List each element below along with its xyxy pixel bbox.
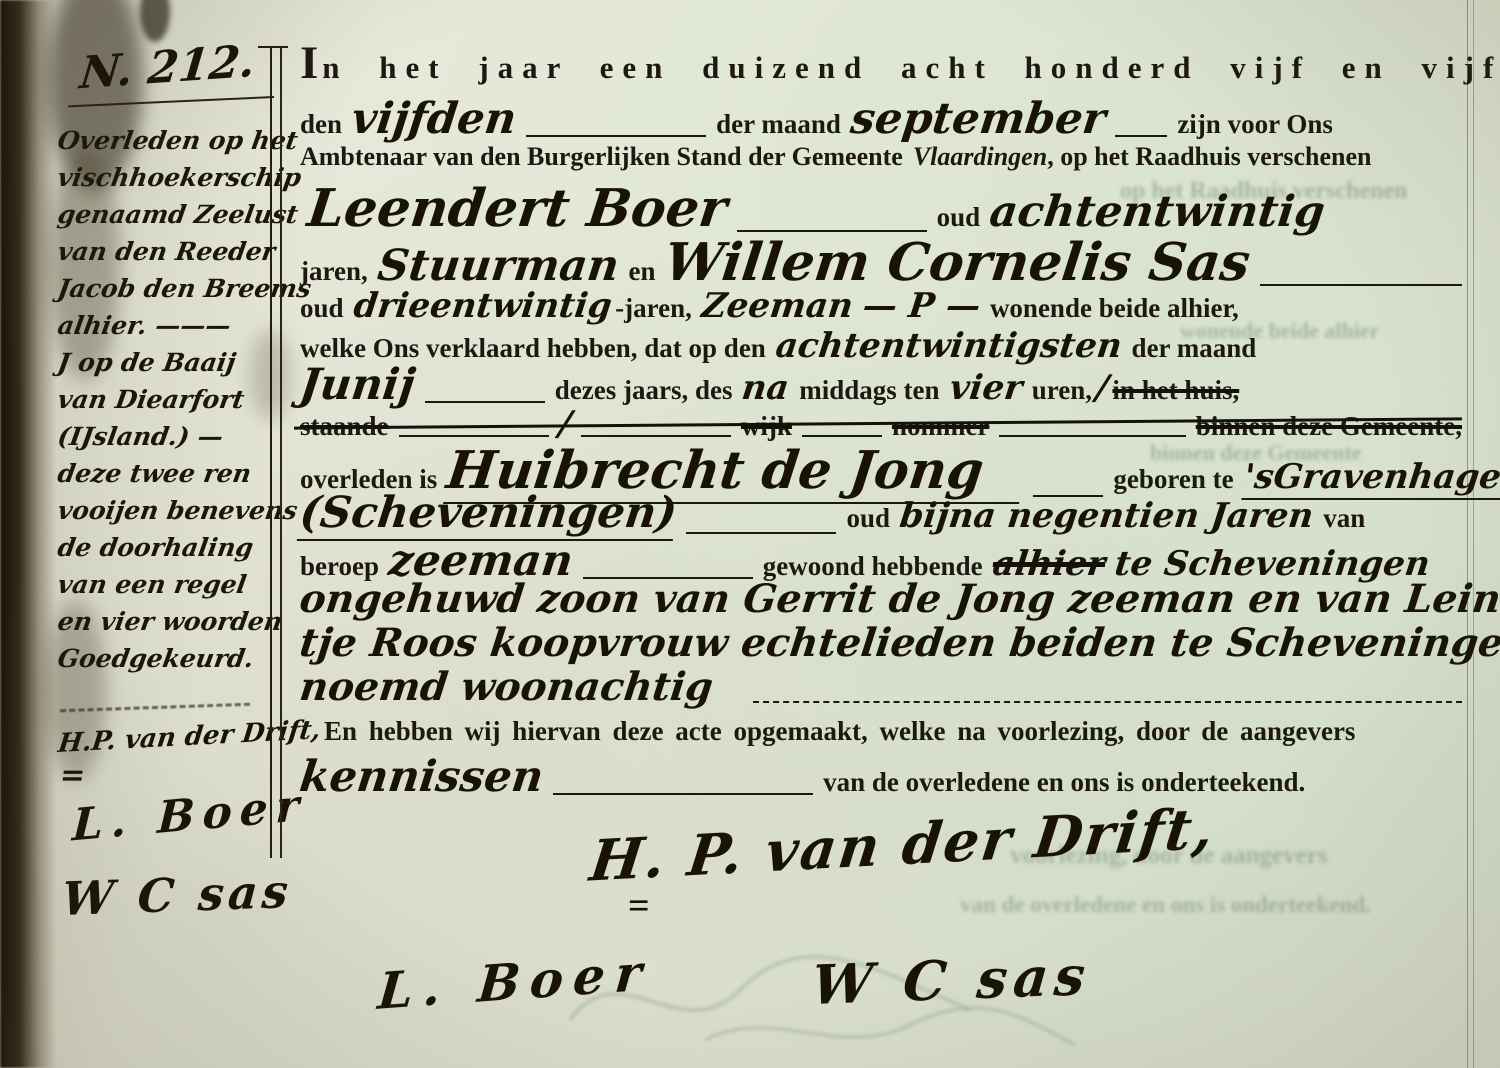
act-line-parents-3: noemd woonachtig [300, 664, 1462, 710]
handwritten-flourish: — P — [860, 286, 982, 326]
handwritten-birthplace-detail: (Scheveningen) [297, 488, 680, 541]
handwritten-death-month: Junij [297, 360, 418, 410]
blank-line-rule [526, 134, 706, 137]
margin-note-line: van Diearfort [55, 381, 277, 418]
margin-note-line: J op de Baaij [55, 344, 277, 381]
handwritten-parents-text: noemd woonachtig [297, 664, 715, 710]
handwritten-relation: kennissen [297, 752, 546, 802]
handwritten-slash-mark: / [1094, 368, 1111, 408]
margin-note-line: en vier woorden [55, 603, 277, 640]
handwritten-declarant-2-age: drieentwintig [351, 286, 614, 326]
handwritten-hour: vier [947, 368, 1024, 408]
printed-text: jaren, [300, 256, 368, 287]
handwritten-declarant-2-name: Willem Cornelis Sas [662, 232, 1254, 293]
printed-text: dezes jaars, des [555, 375, 733, 406]
printed-text: Ambtenaar van den Burgerlijken Stand der… [300, 142, 903, 172]
handwritten-declarant-1-age: achtentwintig [987, 187, 1328, 237]
act-line-parents-1: ongehuwd zoon van Gerrit de Jong zeeman … [300, 576, 1462, 622]
margin-equals-mark: = [58, 758, 87, 793]
struck-printed-text: nommer [892, 411, 989, 442]
act-line-parents-2: tje Roos koopvrouw echtelieden beiden te… [300, 620, 1462, 666]
blank-line-rule [802, 434, 882, 437]
margin-note-line: van den Reeder [55, 233, 277, 270]
margin-note-line: van een regel [55, 566, 277, 603]
printed-text: oud [937, 202, 981, 233]
printed-text: middags ten [799, 375, 939, 406]
margin-note-line: de doorhaling [55, 529, 277, 566]
act-line-death-time: Junij dezes jaars, des na middags ten vi… [300, 360, 1462, 410]
handwritten-day: vijfden [349, 94, 519, 144]
margin-annotation: Overleden op het vischhoekerschip genaam… [58, 122, 274, 677]
margin-note-line: deze twee ren [55, 455, 277, 492]
act-line-declarant-2-age: oud drieentwintig -jaren, Zeeman — P — w… [300, 286, 1462, 326]
blank-line-rule [686, 531, 836, 534]
act-line-birthplace-2: (Scheveningen) oud bijna negentien Jaren… [300, 488, 1462, 541]
margin-note-line: (IJsland.) — [55, 418, 277, 455]
printed-text: -jaren, [615, 293, 692, 324]
margin-note-line: Overleden op het [55, 122, 277, 159]
margin-column: N. 212. Overleden op het vischhoekerschi… [52, 0, 274, 1068]
page-right-edge [1467, 0, 1474, 1068]
blank-line-rule [999, 434, 1185, 437]
handwritten-parents-text: ongehuwd zoon van Gerrit de Jong zeeman … [297, 576, 1500, 622]
printed-text: In het jaar een duizend acht honderd vij… [300, 36, 1500, 90]
printed-text: wonende beide alhier, [990, 293, 1239, 324]
act-line-closing-1: En hebben wij hiervan deze acte opgemaak… [300, 716, 1462, 747]
printed-text: uren, [1032, 375, 1092, 406]
margin-note-line: genaamd Zeelust [55, 196, 277, 233]
blank-line-rule [753, 700, 1462, 703]
struck-printed-text: in het huis, [1112, 375, 1239, 406]
act-body: In het jaar een duizend acht honderd vij… [300, 0, 1462, 1068]
act-line-declarant-1: Leendert Boer oud achtentwintig [300, 178, 1462, 239]
municipality-name: Vlaardingen [913, 142, 1047, 172]
handwritten-parents-text: tje Roos koopvrouw echtelieden beiden te… [297, 620, 1500, 666]
printed-text: van de overledene en ons is onderteekend… [823, 767, 1305, 798]
margin-note-line: vischhoekerschip [55, 159, 277, 196]
margin-note-line: alhier. ——— [55, 307, 277, 344]
margin-note-line: vooijen benevens [55, 492, 277, 529]
printed-text: oud [300, 293, 344, 324]
act-line-closing-2: kennissen van de overledene en ons is on… [300, 752, 1462, 802]
blank-line-rule [581, 434, 731, 437]
signature-equals-mark: = [628, 884, 650, 928]
handwritten-slash-mark: / [556, 404, 573, 444]
margin-signature-official: H.P. van der Drift, [56, 715, 322, 759]
death-certificate-page: op het Raadhuis verschenen wonende beide… [0, 0, 1500, 1068]
handwritten-deceased-age: bijna negentien Jaren [898, 496, 1316, 536]
crossed-out-margin-line [60, 703, 250, 713]
printed-text: van [1323, 503, 1365, 534]
blank-line-rule [399, 434, 549, 437]
book-binding-edge [0, 0, 56, 1068]
struck-printed-text: binnen deze Gemeente, [1196, 411, 1462, 442]
printed-text: den [300, 109, 342, 140]
act-number: N. 212. [78, 36, 258, 100]
struck-printed-text: wijk [741, 411, 792, 442]
printed-text: En hebben wij hiervan deze acte opgemaak… [324, 716, 1355, 747]
margin-note-line: Jacob den Breems [55, 270, 277, 307]
printed-text: zijn voor Ons [1177, 109, 1333, 140]
act-line-declarant-2: jaren, Stuurman en Willem Cornelis Sas [300, 232, 1462, 293]
handwritten-month: september [848, 94, 1109, 144]
handwritten-am-pm: na [740, 368, 792, 408]
act-line-date: den vijfden der maand september zijn voo… [300, 94, 1462, 144]
printed-text: en [628, 256, 655, 287]
signature-witness-2: W C sas [809, 943, 1093, 1017]
act-line-house-struck: staande / wijk nommer binnen deze Gemeen… [300, 404, 1462, 444]
blank-line-rule [1115, 134, 1167, 137]
handwritten-declarant-2-occupation: Zeeman [699, 286, 855, 326]
handwritten-declarant-1-occupation: Stuurman [375, 241, 622, 291]
struck-printed-text: staande [300, 411, 389, 442]
handwritten-declarant-1-name: Leendert Boer [304, 178, 730, 239]
printed-text: oud [846, 503, 890, 534]
act-line-year: In het jaar een duizend acht honderd vij… [300, 36, 1462, 90]
printed-text: der maand [716, 109, 841, 140]
printed-text: , op het Raadhuis verschenen [1047, 142, 1371, 172]
column-divider-rule [270, 46, 282, 858]
act-line-municipality: Ambtenaar van den Burgerlijken Stand der… [300, 142, 1462, 172]
margin-signature-witness-2: W C sas [60, 864, 294, 926]
margin-note-line: Goedgekeurd. [55, 640, 277, 677]
blank-line-rule [425, 400, 545, 403]
blank-line-rule [553, 792, 813, 795]
